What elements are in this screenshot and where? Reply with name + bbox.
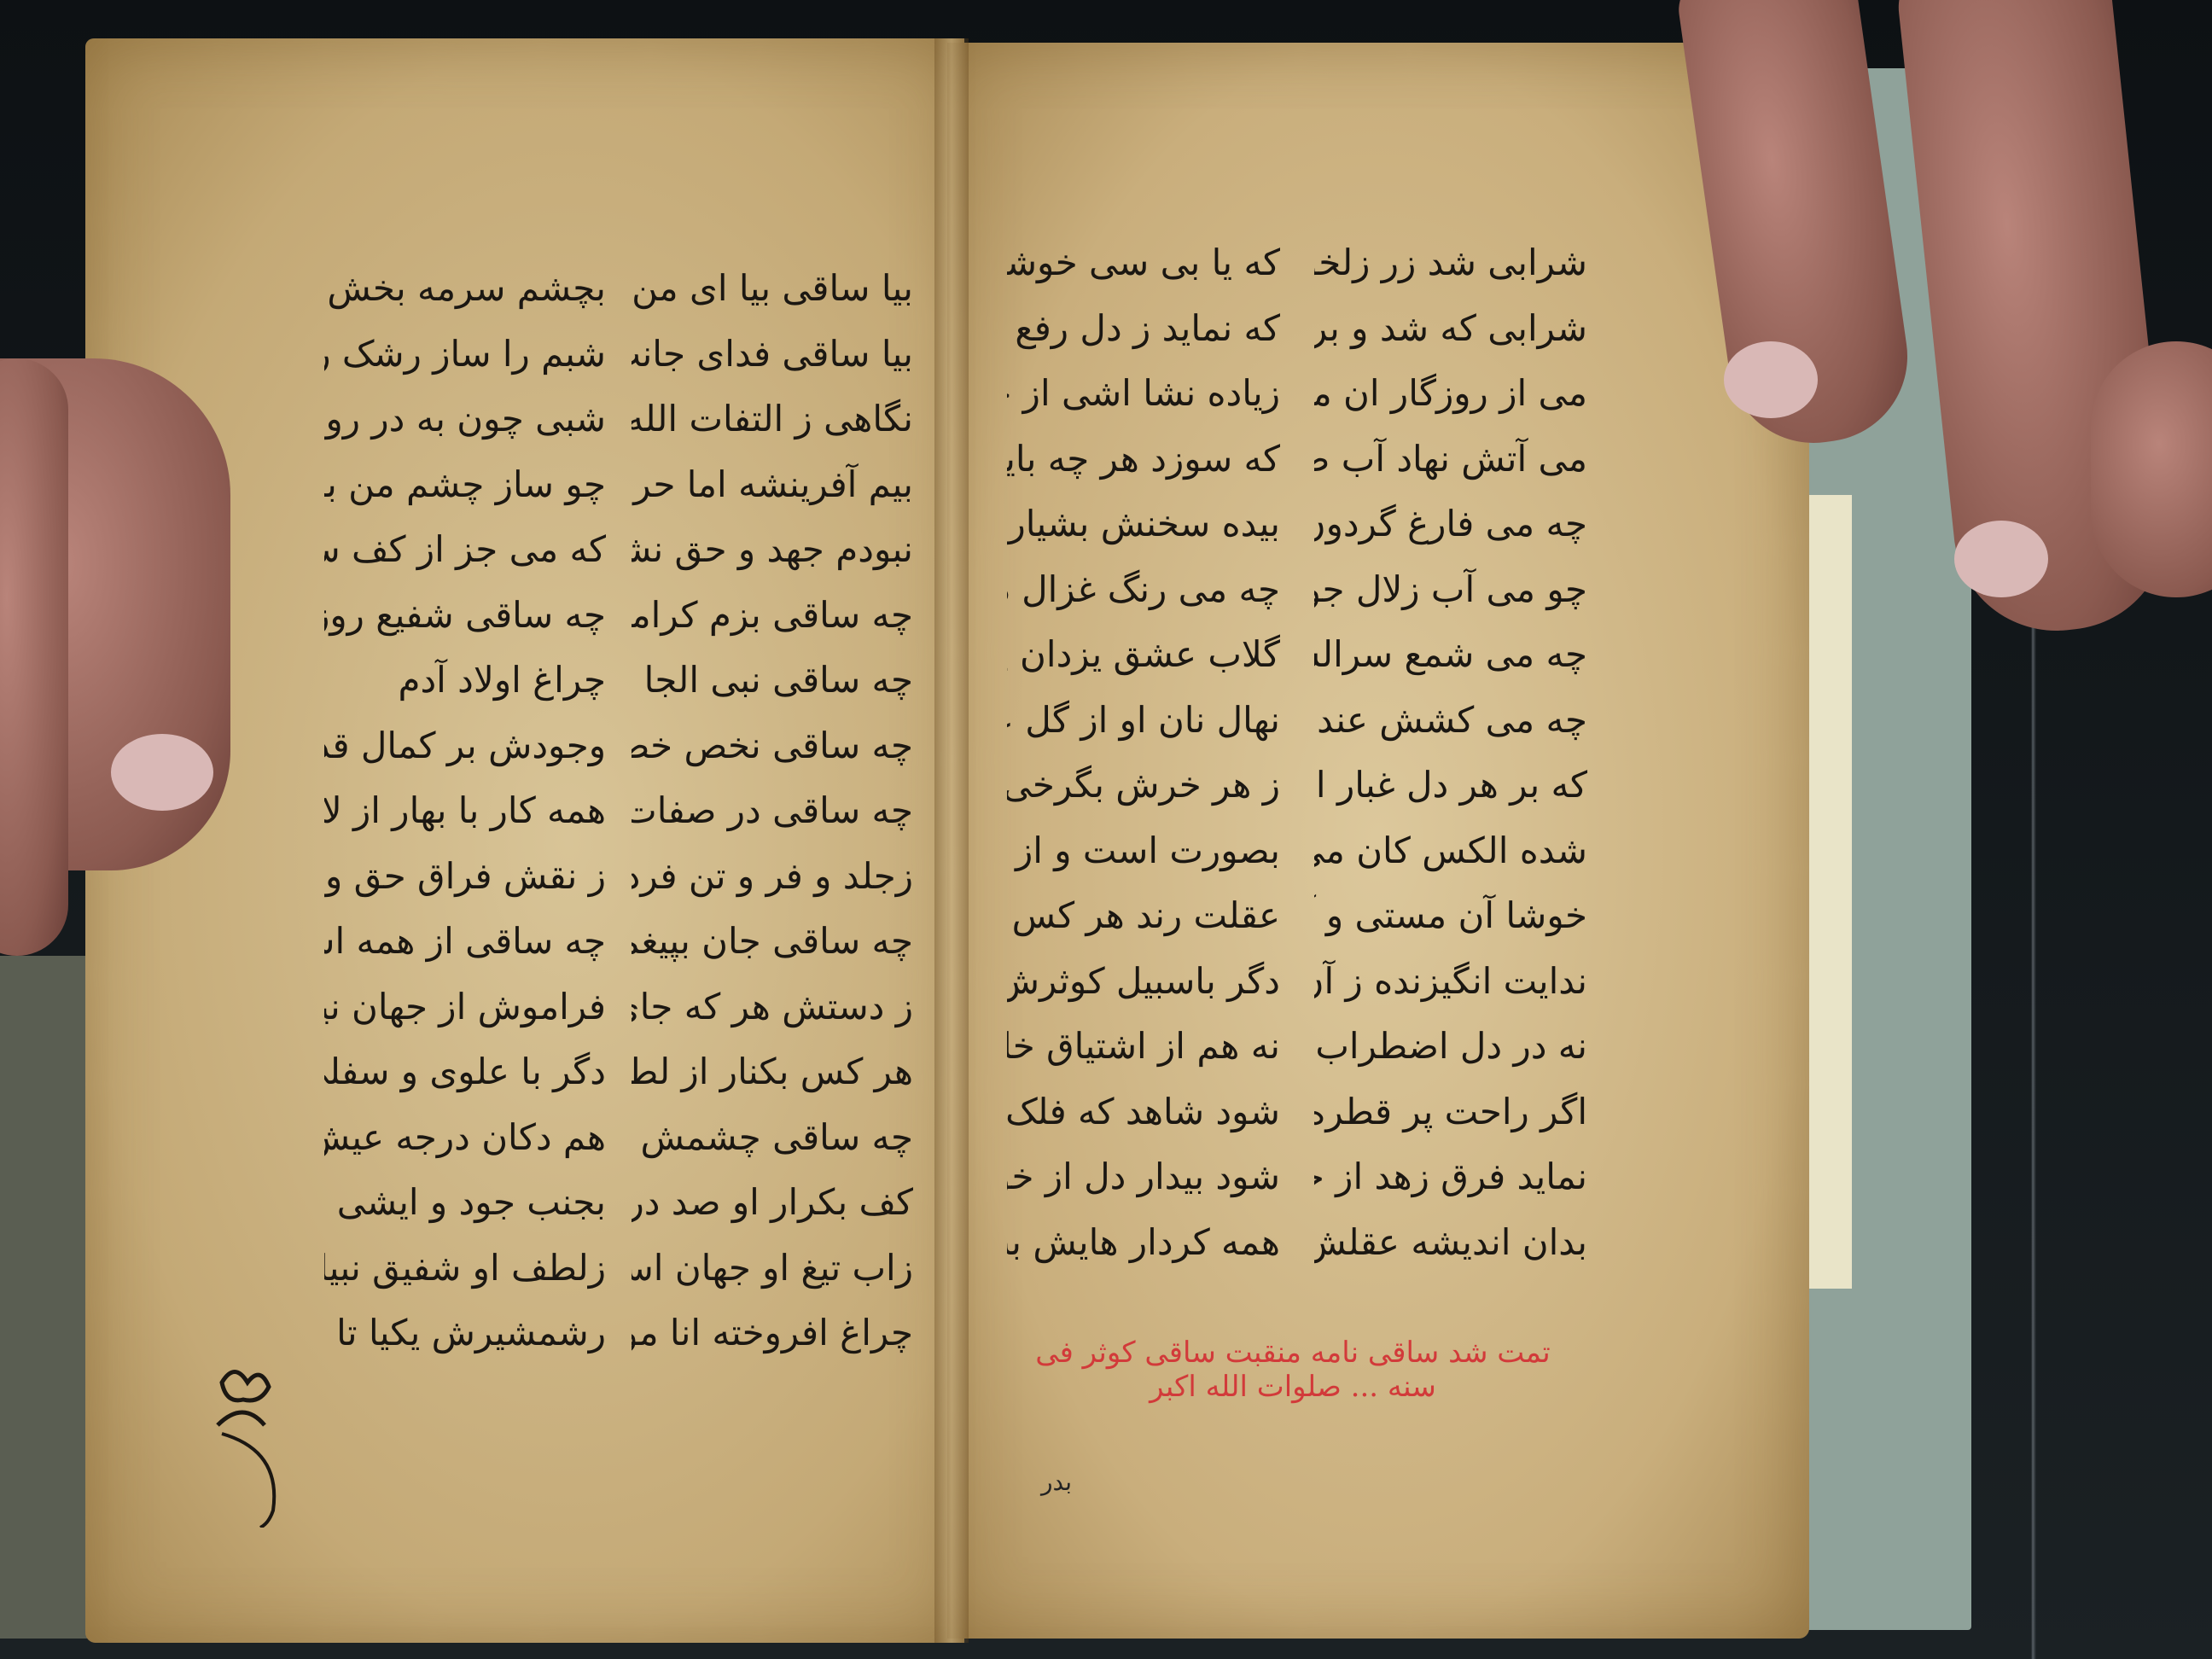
verse-line: بیا ساقی فدای جانت تن [632,322,913,387]
verse-line: عقلت رند هر کس بیابی [1007,883,1280,949]
verse-line: نماید فرق زهد از حق پرستی [1314,1144,1587,1210]
verse-line: بیم آفرینشه اما حرص بافتنت [632,452,913,518]
verse-line: زجلد و فر و تن فرد کامل [632,844,913,910]
verse-line: همه کار با بهار از لا اله [324,778,606,844]
verse-line: شده الکس کان می او را پرستار [1314,818,1587,884]
verse-line: چه ساقی نبی الجا و عالم [632,648,913,713]
verse-line: دگر باسبیل کوثرش یار [1007,949,1280,1015]
verse-line: شبی چون به در روشنی ساز کوهم [324,387,606,452]
verse-line: زیاده نشا اشی از چشم سرخی [1007,361,1280,427]
verse-line: نهال نان او از گل علوی [1007,688,1280,754]
verse-line: فراموش از جهان نیز دوان کرد [324,975,606,1040]
verse-line: شود بیدار دل از خواب مستی [1007,1144,1280,1210]
verse-line: ندایت انگیزنده ز آن سرشار [1314,949,1587,1015]
verse-line: شود شاهد که فلک لطف [1007,1080,1280,1145]
verse-line: که نماید ز دل رفع ملالی [1007,296,1280,362]
verse-line: وجودش بر کمال قدر شناسات [324,713,606,779]
verse-line: که سوزد هر چه باید بالظهور بود [1007,427,1280,492]
verse-line: بچشم سرمه بخش از خاک پایت [324,256,606,322]
left-page-inner-column: بیا ساقی بیا ای من فدایت بیا ساقی فدای ج… [632,256,913,1366]
right-page-outer-column: که یا بی سی خوشی رنگ رازرو دلدار که نمای… [1007,230,1280,1275]
verse-line: چو ساز چشم من بر دوشت غیب [324,452,606,518]
verse-line: اگر راحت پر قطره زان می [1314,1080,1587,1145]
catchword: بدر [1041,1468,1072,1496]
verse-line: زاب تیغ او جهان اسلام [632,1236,913,1301]
left-hand-finger [0,358,68,956]
verse-line: بیده سخنش بشیاری هم اغوش [1007,492,1280,557]
ownership-mark-icon [196,1357,290,1528]
verse-line: شبم را ساز رشک روز روشن [324,322,606,387]
verse-line: رشمشیرش یکیا تا موسی ایمان [324,1301,606,1366]
verse-line: گلاب عشق یزدان پرستی [1007,622,1280,688]
verse-line: بدان اندیشه عقلش بوده زایل [1314,1210,1587,1276]
verse-line: نه در دل اضطراب شی از جهنم [1314,1014,1587,1080]
verse-line: چراغ اولاد آدم [324,648,606,713]
verse-line: چه می شمع سرالستان مستی [1314,622,1587,688]
verse-line: که بر هر دل غبار او اثر کرد [1314,753,1587,818]
verse-line: خوشا آن مستی و آن هوشیاری [1314,883,1587,949]
verse-line: چه می رنگ غزال دشت فکفو [1007,557,1280,623]
verse-line: می از روزگار ان مانده باقی [1314,361,1587,427]
verse-line: چو می آب زلال جوی توفیق [1314,557,1587,623]
verse-line: ز دستش هر که جای نوشش جان کرد [632,975,913,1040]
verse-line: چه ساقی چشمش بو قوی باللذ [632,1105,913,1171]
verse-line: چه ساقی بزم کرامت [632,583,913,649]
verse-line: ز هر خرش بگرخی بجنبر گرد [1007,753,1280,818]
verse-line: چراغ افروخته انا موسی ایمان [632,1301,913,1366]
verse-line: چه می کشش عندلیب علوی [1314,688,1587,754]
right-hand-finger [2091,341,2212,597]
verse-line: شرابی شد زر زلخوی دلدار [1314,230,1587,296]
verse-line: که می جز از کف ساقی نخواهم [324,517,606,583]
verse-line: همه کردار هایش بت باطل [1007,1210,1280,1276]
verse-line: بجنب جود و ایشی بر آیت [324,1170,606,1236]
verse-line: چه می فارغ گردون و دل و هوش [1314,492,1587,557]
fingernail [1724,341,1818,418]
verse-line: زلطف او شفیق نبیا و اسلام [324,1236,606,1301]
thumbnail [111,734,213,811]
verse-line: بصورت است و از معنی خبردار [1007,818,1280,884]
verse-line: نه هم از اشتیاق خلد در غم [1007,1014,1280,1080]
verse-line: چه ساقی از همه اسرار آگاه [324,909,606,975]
verse-line: هم دکان درجه عیش [324,1105,606,1171]
verse-line: بیا ساقی بیا ای من فدایت [632,256,913,322]
verse-line: چه ساقی شفیع روز نجات [324,583,606,649]
verse-line: هر کس بکنار از لطفت اندافت [632,1039,913,1105]
right-page-inner-column: شرابی شد زر زلخوی دلدار شرابی که شد و بر… [1314,230,1587,1275]
verse-line: شرابی که شد و بر نیست [1314,296,1587,362]
verse-line: چه ساقی نخص خصعت را عیان [632,713,913,779]
book-gutter [934,38,969,1643]
verse-line: چه ساقی جان بپیغمبر اله [632,909,913,975]
left-page-outer-column: بچشم سرمه بخش از خاک پایت شبم را ساز رشک… [324,256,606,1366]
verse-line: نگاهی ز التفات الله از سویم [632,387,913,452]
verse-line: می آتش نهاد آب صورت [1314,427,1587,492]
verse-line: که یا بی سی خوشی رنگ رازرو دلدار [1007,230,1280,296]
verse-line: نبودم جهد و حق نشد گواهم [632,517,913,583]
verse-line: دگر با علوی و سفلی برد دخت [324,1039,606,1105]
verse-line: ز نقش فراق حق و باطل [324,844,606,910]
verse-line: کف بکرار او صد در جوش است [632,1170,913,1236]
fingernail [1954,521,2048,597]
verse-line: چه ساقی در صفات کبری [632,778,913,844]
red-colophon: تمت شد ساقی نامه منقبت ساقی کوثر فی سنه … [1016,1336,1570,1404]
